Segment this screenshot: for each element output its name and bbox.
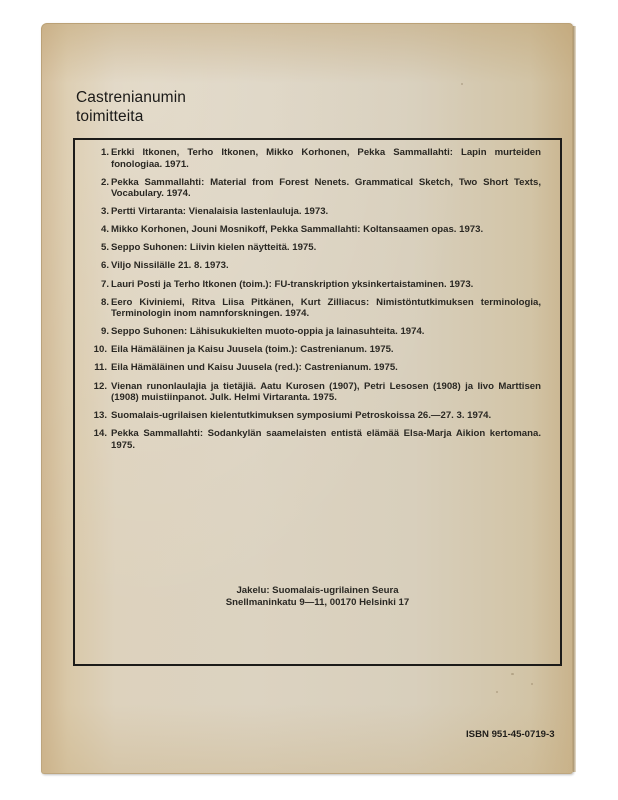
publication-text: Pekka Sammallahti: Sodankylän saamelaist… bbox=[111, 428, 541, 451]
series-title-line-1: Castrenianumin bbox=[76, 88, 186, 107]
publication-item: 6.Viljo Nissilälle 21. 8. 1973. bbox=[93, 260, 541, 272]
publication-text: Eila Hämäläinen ja Kaisu Juusela (toim.)… bbox=[111, 344, 394, 355]
publication-number: 6. bbox=[93, 260, 109, 272]
isbn-number: ISBN 951-45-0719-3 bbox=[466, 729, 555, 740]
publication-number: 7. bbox=[93, 279, 109, 291]
publication-text: Mikko Korhonen, Jouni Mosnikoff, Pekka S… bbox=[111, 224, 483, 235]
publication-item: 4.Mikko Korhonen, Jouni Mosnikoff, Pekka… bbox=[93, 224, 541, 236]
publication-item: 8.Eero Kiviniemi, Ritva Liisa Pitkänen, … bbox=[93, 297, 541, 320]
distribution-address: Snellmaninkatu 9—11, 00170 Helsinki 17 bbox=[75, 597, 560, 609]
publication-number: 10. bbox=[89, 344, 107, 356]
publication-text: Pertti Virtaranta: Vienalaisia lastenlau… bbox=[111, 206, 328, 217]
photo-background: Castrenianumin toimitteita 1.Erkki Itkon… bbox=[0, 0, 618, 800]
publication-text: Vienan runonlaulajia ja tietäjiä. Aatu K… bbox=[111, 381, 541, 404]
series-title: Castrenianumin toimitteita bbox=[76, 88, 186, 126]
publication-text: Suomalais-ugrilaisen kielentutkimuksen s… bbox=[111, 410, 491, 421]
publication-number: 4. bbox=[93, 224, 109, 236]
publication-item: 10.Eila Hämäläinen ja Kaisu Juusela (toi… bbox=[93, 344, 541, 356]
publication-list-box: 1.Erkki Itkonen, Terho Itkonen, Mikko Ko… bbox=[73, 138, 562, 666]
publication-list: 1.Erkki Itkonen, Terho Itkonen, Mikko Ko… bbox=[93, 147, 541, 458]
publication-number: 9. bbox=[93, 326, 109, 338]
publication-text: Lauri Posti ja Terho Itkonen (toim.): FU… bbox=[111, 279, 473, 290]
publication-text: Eero Kiviniemi, Ritva Liisa Pitkänen, Ku… bbox=[111, 297, 541, 320]
publication-item: 14.Pekka Sammallahti: Sodankylän saamela… bbox=[93, 428, 541, 451]
publication-item: 11.Eila Hämäläinen und Kaisu Juusela (re… bbox=[93, 362, 541, 374]
publication-number: 3. bbox=[93, 206, 109, 218]
publication-item: 9.Seppo Suhonen: Lähisukukielten muoto-o… bbox=[93, 326, 541, 338]
publication-item: 3.Pertti Virtaranta: Vienalaisia lastenl… bbox=[93, 206, 541, 218]
publication-number: 13. bbox=[89, 410, 107, 422]
distribution-info: Jakelu: Suomalais-ugrilainen Seura Snell… bbox=[75, 585, 560, 609]
publication-text: Viljo Nissilälle 21. 8. 1973. bbox=[111, 260, 229, 271]
publication-text: Erkki Itkonen, Terho Itkonen, Mikko Korh… bbox=[111, 147, 541, 170]
paper-speck bbox=[531, 683, 533, 685]
publication-text: Eila Hämäläinen und Kaisu Juusela (red.)… bbox=[111, 362, 398, 373]
publication-item: 12.Vienan runonlaulajia ja tietäjiä. Aat… bbox=[93, 381, 541, 404]
series-title-line-2: toimitteita bbox=[76, 107, 186, 126]
publication-item: 7.Lauri Posti ja Terho Itkonen (toim.): … bbox=[93, 279, 541, 291]
paper-speck bbox=[461, 83, 463, 85]
publication-text: Seppo Suhonen: Lähisukukielten muoto-opp… bbox=[111, 326, 424, 337]
publication-number: 1. bbox=[93, 147, 109, 159]
paper-speck bbox=[511, 673, 514, 675]
publication-text: Seppo Suhonen: Liivin kielen näytteitä. … bbox=[111, 242, 316, 253]
publication-item: 5.Seppo Suhonen: Liivin kielen näytteitä… bbox=[93, 242, 541, 254]
distribution-publisher: Jakelu: Suomalais-ugrilainen Seura bbox=[75, 585, 560, 597]
publication-item: 13.Suomalais-ugrilaisen kielentutkimukse… bbox=[93, 410, 541, 422]
publication-number: 5. bbox=[93, 242, 109, 254]
cover-edge bbox=[573, 26, 576, 772]
publication-item: 1.Erkki Itkonen, Terho Itkonen, Mikko Ko… bbox=[93, 147, 541, 170]
publication-number: 14. bbox=[89, 428, 107, 440]
publication-text: Pekka Sammallahti: Material from Forest … bbox=[111, 177, 541, 200]
publication-number: 8. bbox=[93, 297, 109, 309]
publication-number: 2. bbox=[93, 177, 109, 189]
publication-number: 11. bbox=[89, 362, 107, 374]
paper-speck bbox=[496, 691, 498, 693]
publication-item: 2.Pekka Sammallahti: Material from Fores… bbox=[93, 177, 541, 200]
publication-number: 12. bbox=[89, 381, 107, 393]
